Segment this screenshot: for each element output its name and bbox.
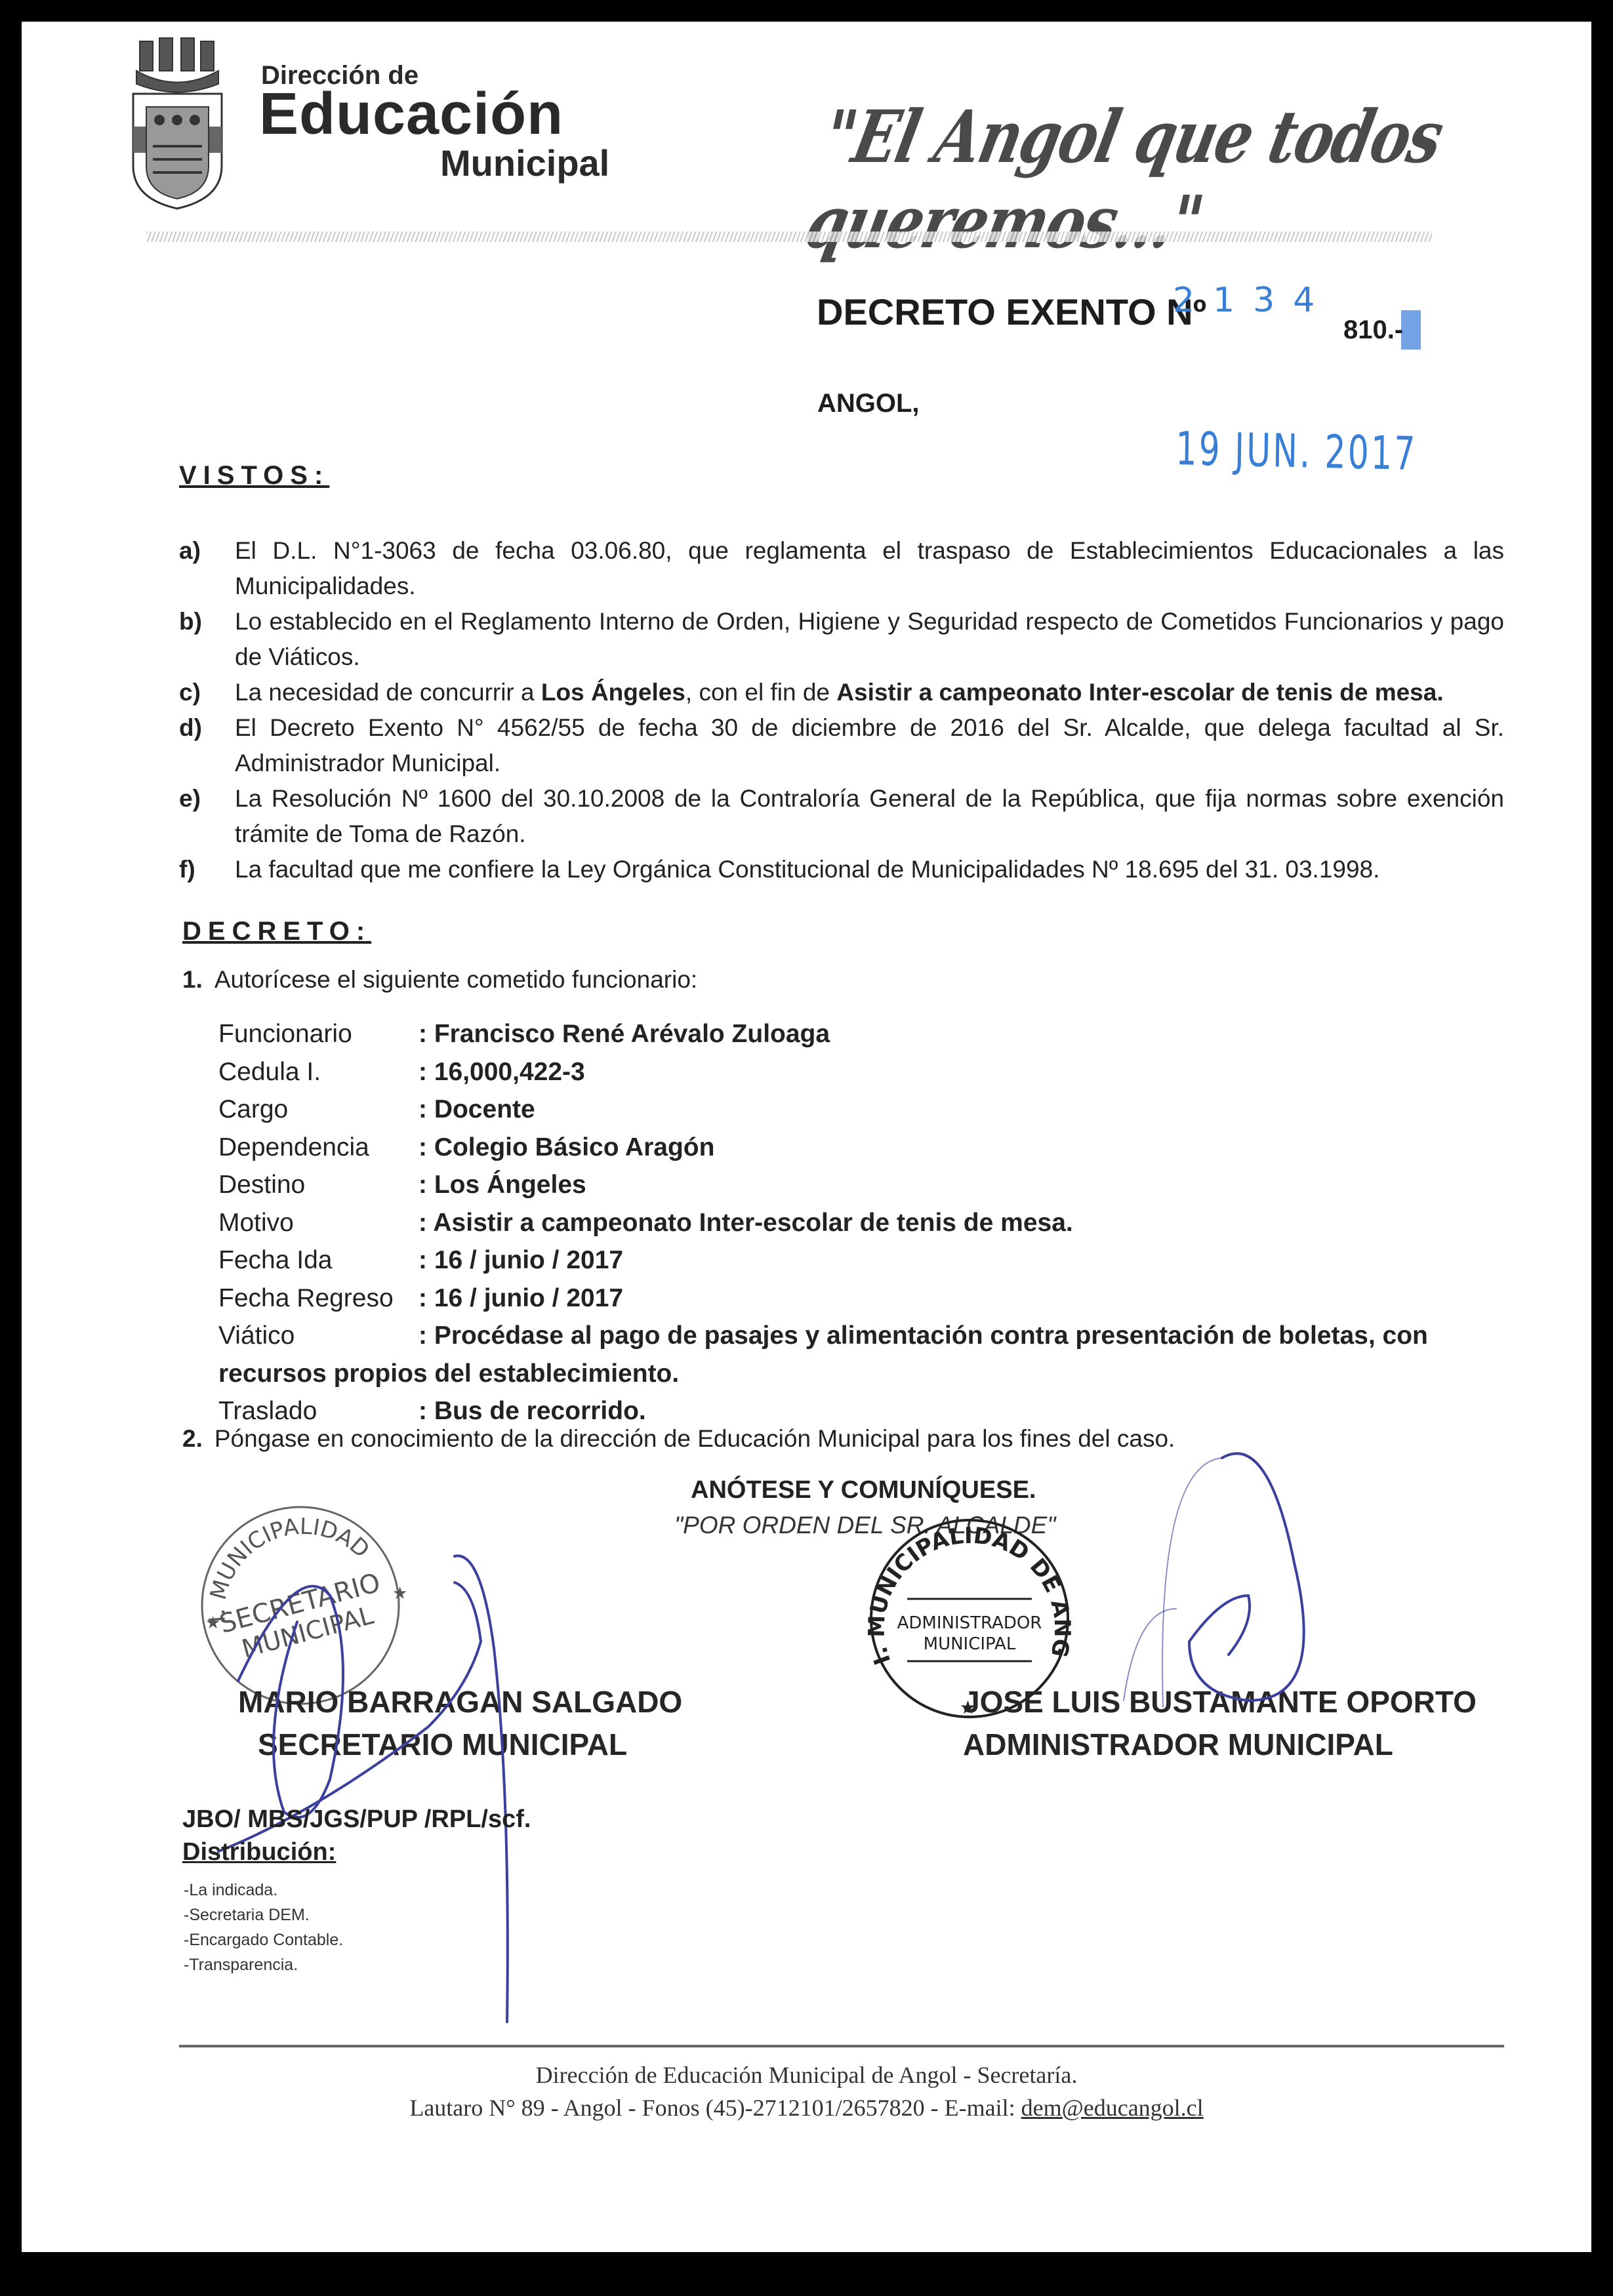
logo-line-2: Educación (259, 81, 563, 148)
distribution-item: -Encargado Contable. (184, 1927, 343, 1952)
vistos-item: c)La necesidad de concurrir a Los Ángele… (179, 675, 1504, 710)
vistos-heading: VISTOS: (179, 461, 329, 491)
svg-text:★: ★ (205, 1613, 220, 1632)
distribution-item: -Secretaria DEM. (184, 1903, 343, 1927)
footer-line-1: Dirección de Educación Municipal de Ango… (22, 2061, 1591, 2089)
decree-title: DECRETO EXENTO Nº (817, 291, 1206, 333)
logo-line-3: Municipal (440, 142, 609, 184)
closing-formula: ANÓTESE Y COMUNÍQUESE. (691, 1476, 1036, 1504)
header-divider (146, 232, 1432, 242)
decreto-point-1: 1.Autorícese el siguiente cometido funci… (182, 966, 697, 994)
field-row: Motivo: Asistir a campeonato Inter-escol… (218, 1204, 1504, 1242)
document-page: Dirección de Educación Municipal "El Ang… (22, 22, 1591, 2252)
place-label: ANGOL, (817, 389, 920, 418)
field-row: Fecha Ida: 16 / junio / 2017 (218, 1241, 1504, 1279)
distribution-heading: Distribución: (182, 1838, 336, 1866)
viatico-continuation: recursos propios del establecimiento. (218, 1355, 1504, 1393)
vistos-list: a)El D.L. N°1-3063 de fecha 03.06.80, qu… (179, 533, 1504, 887)
decree-stamp-number: 2134 (1173, 281, 1333, 320)
date-stamp: 19 JUN. 2017 (1175, 422, 1418, 481)
field-row: Cargo: Docente (218, 1091, 1504, 1129)
email-link[interactable]: dem@educangol.cl (1021, 2095, 1204, 2121)
svg-text:MUNICIPAL: MUNICIPAL (924, 1634, 1016, 1654)
vistos-item: a)El D.L. N°1-3063 de fecha 03.06.80, qu… (179, 533, 1504, 604)
field-row: Cedula I.: 16,000,422-3 (218, 1053, 1504, 1091)
signatory-left-role: SECRETARIO MUNICIPAL (258, 1727, 627, 1762)
distribution-item: -La indicada. (184, 1878, 343, 1903)
field-row: Fecha Regreso: 16 / junio / 2017 (218, 1279, 1504, 1318)
decree-suffix: 810.- (1343, 315, 1403, 345)
commission-fields: Funcionario: Francisco René Arévalo Zulo… (218, 1015, 1504, 1430)
field-row: Dependencia: Colegio Básico Aragón (218, 1129, 1504, 1167)
stamp-mark (1401, 310, 1421, 350)
svg-text:★: ★ (392, 1583, 407, 1603)
signatory-right-role: ADMINISTRADOR MUNICIPAL (963, 1727, 1393, 1762)
decreto-heading: DECRETO: (182, 917, 371, 946)
svg-text:ADMINISTRADOR: ADMINISTRADOR (897, 1613, 1042, 1633)
decreto-point-2: 2.Póngase en conocimiento de la direcció… (182, 1425, 1175, 1453)
field-row: Viático: Procédase al pago de pasajes y … (218, 1317, 1504, 1355)
municipal-crest-icon (130, 35, 225, 212)
vistos-item: d)El Decreto Exento N° 4562/55 de fecha … (179, 710, 1504, 781)
footer-line-2: Lautaro N° 89 - Angol - Fonos (45)-27121… (22, 2094, 1591, 2122)
field-row: Funcionario: Francisco René Arévalo Zulo… (218, 1015, 1504, 1053)
initials-line: JBO/ MBS/JGS/PUP /RPL/scf. (182, 1805, 531, 1834)
distribution-list: -La indicada. -Secretaria DEM. -Encargad… (184, 1878, 343, 1977)
signatory-right-name: JOSE LUIS BUSTAMANTE OPORTO (963, 1684, 1477, 1720)
footer-divider (179, 2045, 1504, 2047)
vistos-item: e)La Resolución Nº 1600 del 30.10.2008 d… (179, 781, 1504, 852)
distribution-item: -Transparencia. (184, 1952, 343, 1977)
vistos-item: f)La facultad que me confiere la Ley Org… (179, 852, 1504, 887)
vistos-item: b)Lo establecido en el Reglamento Intern… (179, 604, 1504, 675)
field-row: Traslado: Bus de recorrido. (218, 1392, 1504, 1430)
signatory-left-name: MARIO BARRAGAN SALGADO (238, 1684, 682, 1720)
field-row: Destino: Los Ángeles (218, 1166, 1504, 1204)
